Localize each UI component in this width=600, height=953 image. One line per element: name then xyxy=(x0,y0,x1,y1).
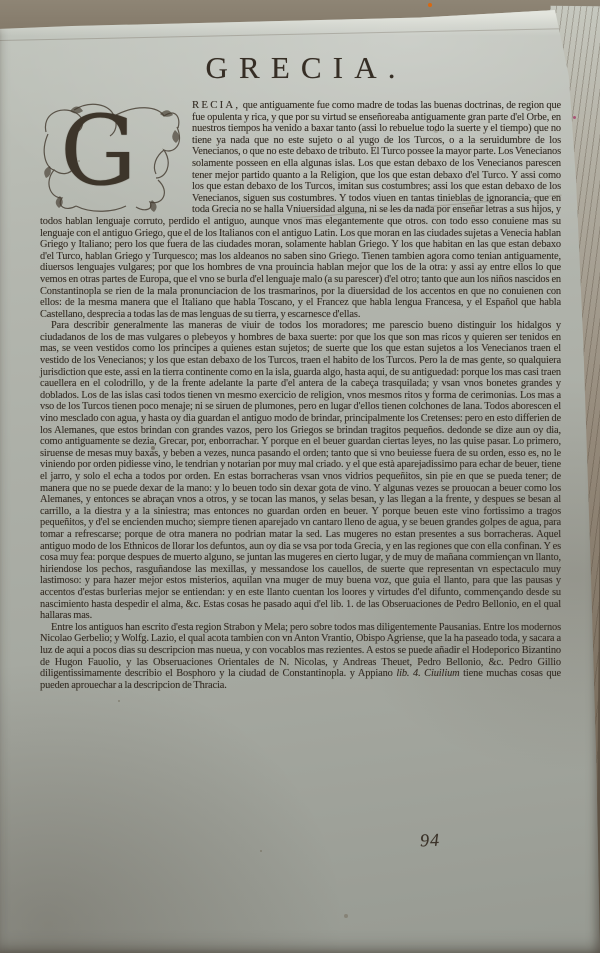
paragraph-2: Para describir generalmente las maneras … xyxy=(40,320,561,621)
drop-cap-letter: G xyxy=(60,96,137,206)
page-title: GRECIA. xyxy=(40,50,561,86)
page-number: 94 xyxy=(420,830,441,852)
book-photo: GRECIA. xyxy=(0,0,600,953)
body-text: G RECIA, que antiguamente fue como madre… xyxy=(40,100,561,691)
orange-blemish-dot xyxy=(428,3,432,7)
drop-cap-woodcut: G xyxy=(40,102,183,212)
paragraph-3-citation: lib. 4. Ciuilium xyxy=(396,668,459,679)
magenta-blemish-dot xyxy=(573,116,576,119)
paper-speckles xyxy=(0,10,2,12)
page-top-edge-highlight xyxy=(0,10,600,36)
text-block: GRECIA. xyxy=(40,50,561,691)
paragraph-1-lead-caps: RECIA, xyxy=(192,99,240,111)
paragraph-1: G RECIA, que antiguamente fue como madre… xyxy=(40,100,561,320)
paragraph-3: Entre los antiguos han escrito d'esta re… xyxy=(40,622,561,692)
